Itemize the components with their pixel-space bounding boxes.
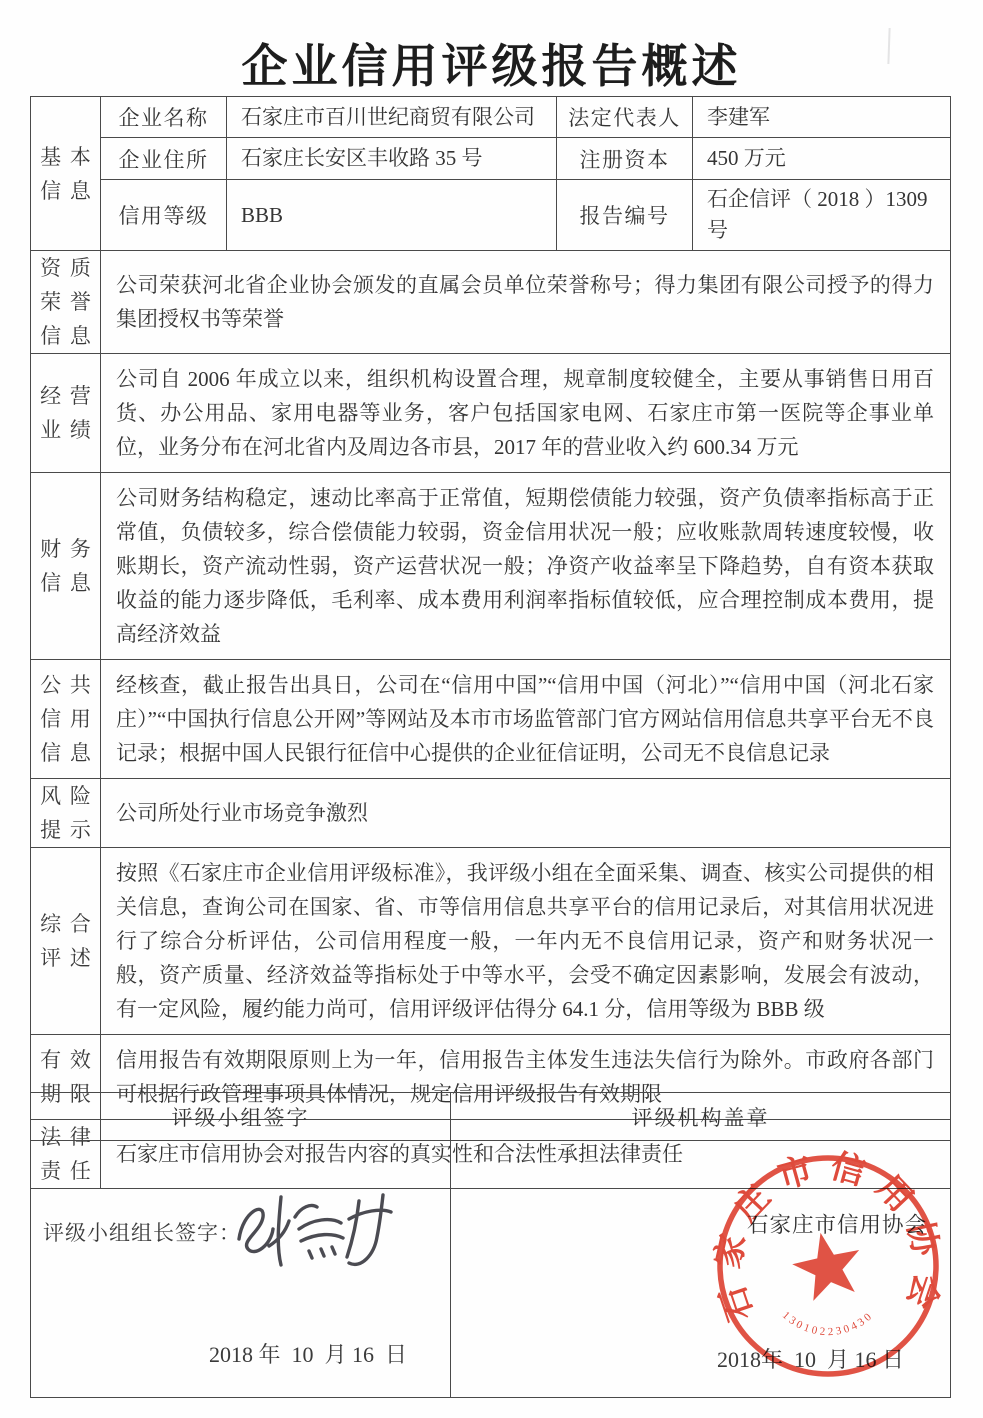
section-label-qualification-honor: 资质 荣誉 信息	[31, 251, 101, 354]
svg-text:130102230430: 130102230430	[780, 1309, 876, 1338]
stamp-curved-text: 石家庄市信用协会	[709, 1146, 948, 1325]
field-value-credit-rating: BBB	[227, 180, 557, 251]
team-leader-signature-label: 评级小组组长签字：	[43, 1217, 241, 1247]
stamp-star-icon	[787, 1226, 867, 1304]
table-row: 评级小组签字 评级机构盖章	[31, 1093, 951, 1141]
field-label-report-number: 报告编号	[557, 180, 693, 251]
section-label-comprehensive-review: 综合 评述	[31, 848, 101, 1035]
section-text-qualification-honor: 公司荣获河北省企业协会颁发的直属会员单位荣誉称号；得力集团有限公司授予的得力集团…	[101, 251, 951, 354]
handwritten-signature	[229, 1175, 419, 1295]
section-text-financial-info: 公司财务结构稳定，速动比率高于正常值，短期偿债能力较强，资产负债率指标高于正常值…	[101, 473, 951, 660]
header-rating-team-signature: 评级小组签字	[31, 1093, 451, 1141]
field-label-credit-rating: 信用等级	[101, 180, 227, 251]
section-text-public-credit-info: 经核查，截止报告出具日，公司在“信用中国”“信用中国（河北）”“信用中国（河北石…	[101, 660, 951, 779]
section-label-basic-info: 基本 信息	[31, 97, 101, 251]
table-row: 评级小组组长签字： 2018 年 10 月 16 日 石家庄市信用协会	[31, 1141, 951, 1398]
field-value-legal-representative: 李建军	[693, 97, 951, 138]
field-label-registered-capital: 注册资本	[557, 138, 693, 180]
field-value-company-address: 石家庄长安区丰收路 35 号	[227, 138, 557, 180]
official-red-stamp: 石家庄市信用协会 130102230430	[708, 1146, 948, 1386]
page-title: 企业信用评级报告概述	[0, 30, 983, 96]
stamp-code-text: 130102230430	[780, 1309, 876, 1338]
section-text-business-performance: 公司自 2006 年成立以来，组织机构设置合理，规章制度较健全，主要从事销售日用…	[101, 354, 951, 473]
table-row: 企业住所 石家庄长安区丰收路 35 号 注册资本 450 万元	[31, 138, 951, 180]
svg-text:石家庄市信用协会: 石家庄市信用协会	[709, 1146, 948, 1325]
section-label-financial-info: 财务 信息	[31, 473, 101, 660]
section-label-risk-warning: 风险 提示	[31, 779, 101, 848]
team-leader-signature-cell: 评级小组组长签字： 2018 年 10 月 16 日	[31, 1141, 451, 1398]
team-signature-date: 2018 年 10 月 16 日	[209, 1338, 407, 1369]
header-rating-agency-seal: 评级机构盖章	[451, 1093, 951, 1141]
field-label-company-name: 企业名称	[101, 97, 227, 138]
table-row: 风险 提示 公司所处行业市场竞争激烈	[31, 779, 951, 848]
agency-seal-cell: 石家庄市信用协会 石家庄市信用协会 130102230430	[451, 1141, 951, 1398]
field-value-company-name: 石家庄市百川世纪商贸有限公司	[227, 97, 557, 138]
table-row: 财务 信息 公司财务结构稳定，速动比率高于正常值，短期偿债能力较强，资产负债率指…	[31, 473, 951, 660]
table-row: 综合 评述 按照《石家庄市企业信用评级标准》，我评级小组在全面采集、调查、核实公…	[31, 848, 951, 1035]
field-label-legal-representative: 法定代表人	[557, 97, 693, 138]
table-row: 信用等级 BBB 报告编号 石企信评（ 2018 ）1309 号	[31, 180, 951, 251]
credit-rating-report-page: 企业信用评级报告概述 基本 信息 企业名称 石家庄市百川世纪商贸有限公司 法定代…	[0, 0, 983, 1418]
field-label-company-address: 企业住所	[101, 138, 227, 180]
table-row: 公共 信用 信息 经核查，截止报告出具日，公司在“信用中国”“信用中国（河北）”…	[31, 660, 951, 779]
table-row: 资质 荣誉 信息 公司荣获河北省企业协会颁发的直属会员单位荣誉称号；得力集团有限…	[31, 251, 951, 354]
field-value-registered-capital: 450 万元	[693, 138, 951, 180]
report-table: 基本 信息 企业名称 石家庄市百川世纪商贸有限公司 法定代表人 李建军 企业住所…	[30, 96, 951, 1189]
section-label-public-credit-info: 公共 信用 信息	[31, 660, 101, 779]
table-row: 经营 业绩 公司自 2006 年成立以来，组织机构设置合理，规章制度较健全，主要…	[31, 354, 951, 473]
field-value-report-number: 石企信评（ 2018 ）1309 号	[693, 180, 951, 251]
section-text-comprehensive-review: 按照《石家庄市企业信用评级标准》，我评级小组在全面采集、调查、核实公司提供的相关…	[101, 848, 951, 1035]
section-label-business-performance: 经营 业绩	[31, 354, 101, 473]
table-row: 基本 信息 企业名称 石家庄市百川世纪商贸有限公司 法定代表人 李建军	[31, 97, 951, 138]
signoff-table: 评级小组签字 评级机构盖章 评级小组组长签字： 2018 年 10 月 16 日…	[30, 1092, 951, 1398]
section-text-risk-warning: 公司所处行业市场竞争激烈	[101, 779, 951, 848]
